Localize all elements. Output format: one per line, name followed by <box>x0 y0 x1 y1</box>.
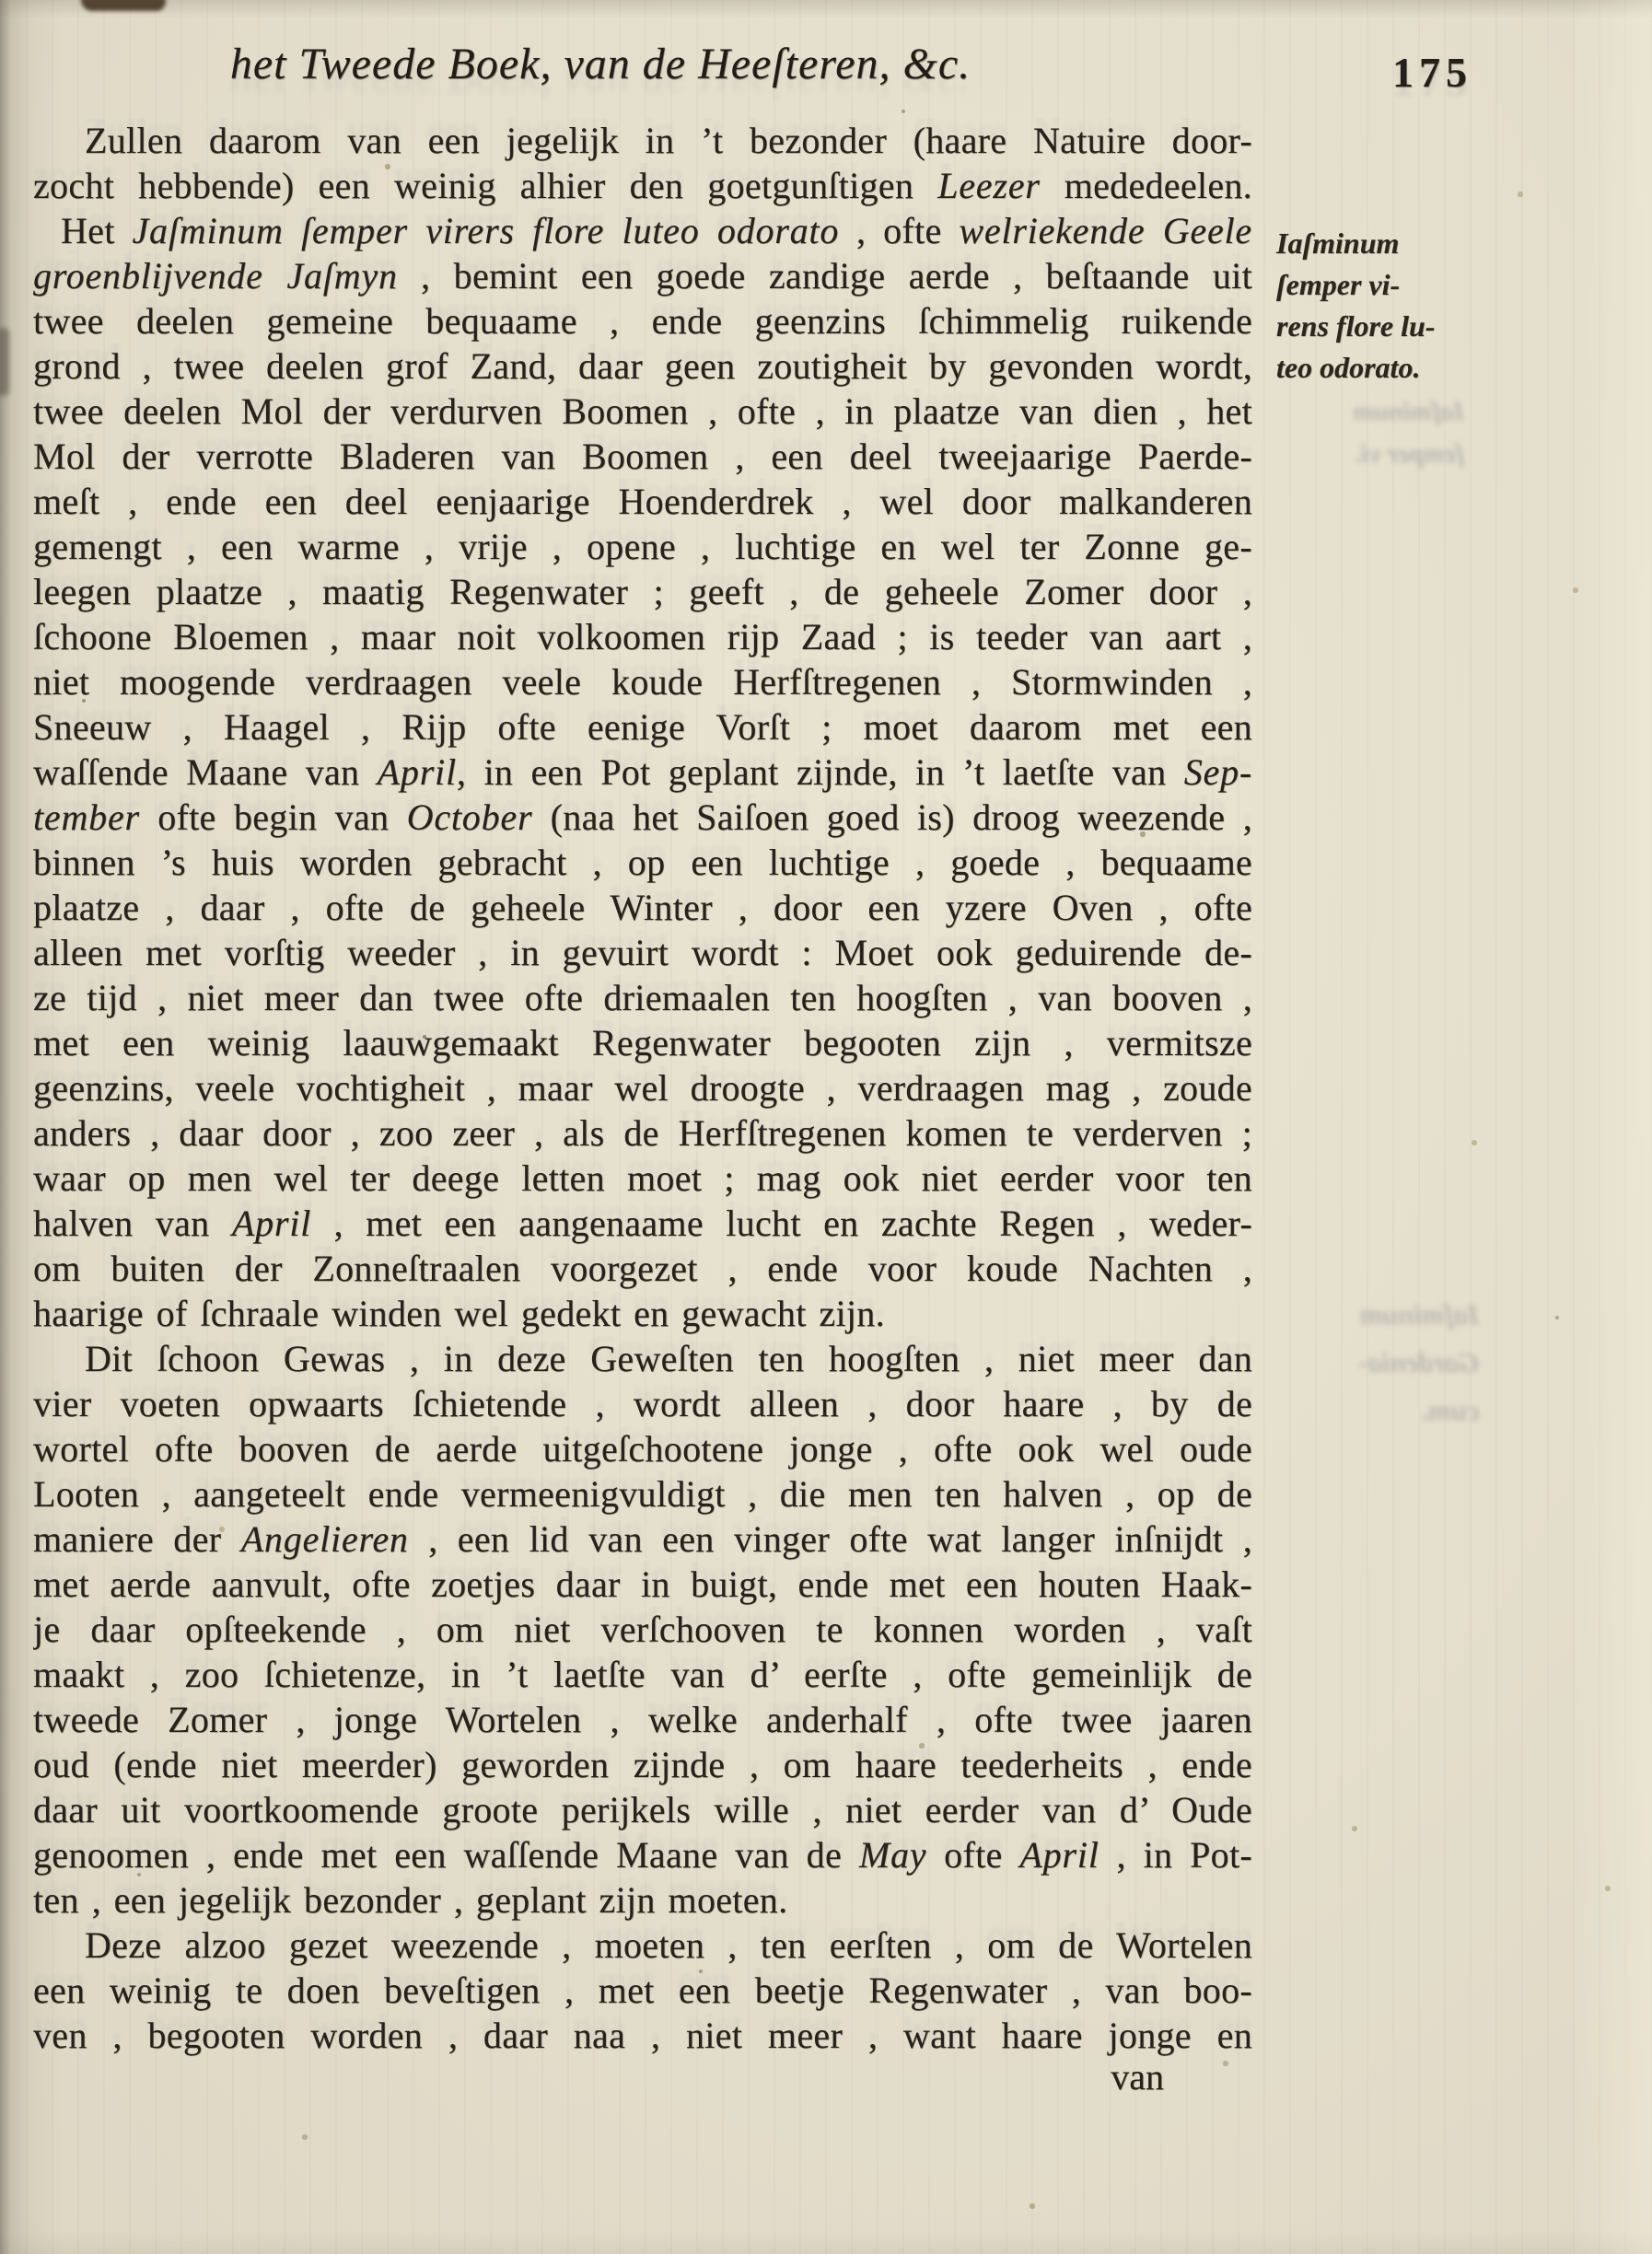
text-run: twee deelen gemeine bequaame , ende geen… <box>33 300 1252 342</box>
margin-note-line: teo odorato. <box>1276 347 1451 389</box>
text-line: niet moogende verdraagen veele koude Her… <box>33 659 1252 704</box>
text-line: geenzins, veele vochtigheit , maar wel d… <box>33 1065 1252 1110</box>
text-line: vier voeten opwaarts ſchietende , wordt … <box>33 1381 1252 1426</box>
italic-text-run: tember <box>33 796 140 838</box>
text-run: , in een Pot geplant zijnde, in ’t laetſ… <box>457 751 1184 793</box>
text-run: twee deelen Mol der verdurven Boomen , o… <box>33 390 1252 432</box>
text-run: ven , begooten worden , daar naa , niet … <box>33 2015 1252 2056</box>
paper-specks <box>0 0 2 2</box>
text-run: mededeelen. <box>1041 165 1252 206</box>
bleedthrough-note: Iaſminumſemper vi. <box>1289 390 1464 475</box>
text-line: Dit ſchoon Gewas , in deze Geweſten ten … <box>33 1336 1252 1381</box>
text-run: waſſende Maane van <box>33 751 378 793</box>
text-line: Het Jaſminum ſemper virers flore luteo o… <box>33 208 1252 253</box>
text-line: ten , een jegelijk bezonder , geplant zi… <box>33 1877 1252 1923</box>
text-run: Looten , aangeteelt ende vermeenigvuldig… <box>33 1473 1252 1515</box>
italic-text-run: April <box>1019 1834 1099 1876</box>
text-run: gemengt , een warme , vrije , opene , lu… <box>33 526 1252 567</box>
catchword: van <box>33 2055 1164 2098</box>
page-edge-mark <box>0 328 9 396</box>
bleedthrough-line: Iaſminum <box>1289 390 1464 433</box>
page-header: het Tweede Boek, van de Heeſteren, &c. <box>0 39 1210 89</box>
text-line: zocht hebbende) een weinig alhier den go… <box>33 163 1252 208</box>
text-run: Het <box>61 210 133 251</box>
text-run: meſt , ende een deel eenjaarige Hoenderd… <box>33 481 1252 522</box>
bleedthrough-line: cum. <box>1286 1387 1479 1435</box>
text-run: waar op men wel ter deege letten moet ; … <box>33 1157 1252 1199</box>
text-line: plaatze , daar , ofte de geheele Winter … <box>33 885 1252 930</box>
text-run: oud (ende niet meerder) geworden zijnde … <box>33 1744 1252 1785</box>
text-line: oud (ende niet meerder) geworden zijnde … <box>33 1742 1252 1787</box>
text-line: haarige of ſchraale winden wel gedekt en… <box>33 1291 1252 1336</box>
text-run: Sneeuw , Haagel , Rijp ofte eenige Vorſt… <box>33 706 1252 748</box>
paragraph: Zullen daarom van een jegelijk in ’t bez… <box>33 118 1252 208</box>
page-number: 175 <box>1392 48 1472 97</box>
text-line: Sneeuw , Haagel , Rijp ofte eenige Vorſt… <box>33 704 1252 749</box>
text-line: om buiten der Zonneſtraalen voorgezet , … <box>33 1246 1252 1291</box>
text-line: wortel ofte booven de aerde uitgeſchoote… <box>33 1426 1252 1471</box>
text-run: alleen met vorſtig weeder , in gevuirt w… <box>33 932 1252 973</box>
text-run: , een lid van een vinger ofte wat langer… <box>409 1518 1252 1560</box>
running-title: het Tweede Boek, van de Heeſteren, &c. <box>230 40 971 88</box>
text-run: halven van <box>33 1203 232 1244</box>
text-run: daar uit voortkoomende groote perijkels … <box>33 1789 1252 1830</box>
text-line: Looten , aangeteelt ende vermeenigvuldig… <box>33 1471 1252 1516</box>
text-run: om buiten der Zonneſtraalen voorgezet , … <box>33 1248 1252 1289</box>
text-run: wortel ofte booven de aerde uitgeſchoote… <box>33 1428 1252 1470</box>
text-line: binnen ’s huis worden gebracht , op een … <box>33 840 1252 885</box>
text-run: een weinig te doen beveſtigen , met een … <box>33 1969 1252 2011</box>
text-line: gemengt , een warme , vrije , opene , lu… <box>33 524 1252 569</box>
margin-note-line: ſemper vi- <box>1276 264 1451 306</box>
bleedthrough-line: Iaſminum <box>1286 1291 1479 1339</box>
text-run: ze tijd , niet meer dan twee ofte driema… <box>33 977 1252 1018</box>
text-run: je daar opſteekende , om niet verſchoove… <box>33 1609 1252 1650</box>
text-line: Zullen daarom van een jegelijk in ’t bez… <box>33 118 1252 163</box>
text-run: geenzins, veele vochtigheit , maar wel d… <box>33 1067 1252 1109</box>
text-run: met een weinig laauwgemaakt Regenwater b… <box>33 1022 1252 1063</box>
margin-note: Iaſminumſemper vi-rens flore lu-teo odor… <box>1276 223 1451 389</box>
text-run: (naa het Saiſoen goed is) droog weezende… <box>532 796 1252 838</box>
text-line: anders , daar door , zoo zeer , als de H… <box>33 1110 1252 1156</box>
text-line: genoomen , ende met een waſſende Maane v… <box>33 1832 1252 1877</box>
text-line: leegen plaatze , maatig Regenwater ; gee… <box>33 569 1252 614</box>
italic-text-run: Leezer <box>937 165 1040 206</box>
text-line: je daar opſteekende , om niet verſchoove… <box>33 1607 1252 1652</box>
text-run: niet moogende verdraagen veele koude Her… <box>33 661 1252 703</box>
text-run: maakt , zoo ſchietenze, in ’t laetſte va… <box>33 1654 1252 1695</box>
ink-stain <box>81 0 166 11</box>
margin-note-line: rens flore lu- <box>1276 306 1451 347</box>
text-line: twee deelen Mol der verdurven Boomen , o… <box>33 389 1252 434</box>
text-run: anders , daar door , zoo zeer , als de H… <box>33 1112 1252 1154</box>
text-run: haarige of ſchraale winden wel gedekt en… <box>33 1293 885 1334</box>
text-line: halven van April , met een aangenaame lu… <box>33 1201 1252 1246</box>
text-run: tweede Zomer , jonge Wortelen , welke an… <box>33 1699 1252 1740</box>
text-run: maniere der <box>33 1518 241 1560</box>
italic-text-run: May <box>859 1834 926 1876</box>
text-line: waſſende Maane van April, in een Pot gep… <box>33 749 1252 795</box>
text-line: twee deelen gemeine bequaame , ende geen… <box>33 298 1252 343</box>
paragraph: Deze alzoo gezet weezende , moeten , ten… <box>33 1923 1252 2058</box>
bleedthrough-line: Gardenia- <box>1286 1339 1479 1387</box>
italic-text-run: April <box>378 751 457 793</box>
paragraph: Het Jaſminum ſemper virers flore luteo o… <box>33 208 1252 1336</box>
text-run: Dit ſchoon Gewas , in deze Geweſten ten … <box>85 1338 1252 1379</box>
text-run: Mol der verrotte Bladeren van Boomen , e… <box>33 436 1252 477</box>
margin-note-line: Iaſminum <box>1276 223 1451 264</box>
text-run: ofte <box>926 1834 1019 1876</box>
text-line: grond , twee deelen grof Zand, daar geen… <box>33 343 1252 389</box>
text-run: Zullen daarom van een jegelijk in ’t bez… <box>85 120 1252 161</box>
text-line: daar uit voortkoomende groote perijkels … <box>33 1787 1252 1832</box>
text-run: grond , twee deelen grof Zand, daar geen… <box>33 345 1252 387</box>
text-line: groenblijvende Jaſmyn , bemint een goede… <box>33 253 1252 298</box>
text-run: leegen plaatze , maatig Regenwater ; gee… <box>33 571 1252 612</box>
text-line: Deze alzoo gezet weezende , moeten , ten… <box>33 1923 1252 1968</box>
text-line: Mol der verrotte Bladeren van Boomen , e… <box>33 434 1252 479</box>
text-run: , bemint een goede zandige aerde , beſta… <box>398 255 1252 296</box>
text-line: alleen met vorſtig weeder , in gevuirt w… <box>33 930 1252 975</box>
text-run: , in Pot- <box>1099 1834 1252 1876</box>
text-line: een weinig te doen beveſtigen , met een … <box>33 1968 1252 2013</box>
text-run: , met een aangenaame lucht en zachte Reg… <box>311 1203 1252 1244</box>
body-text: Zullen daarom van een jegelijk in ’t bez… <box>33 118 1252 2058</box>
text-run: , ofte <box>839 210 959 251</box>
bleedthrough-line: ſemper vi. <box>1289 433 1464 475</box>
text-run: zocht hebbende) een weinig alhier den go… <box>33 165 937 206</box>
text-line: met een weinig laauwgemaakt Regenwater b… <box>33 1020 1252 1065</box>
text-run: Deze alzoo gezet weezende , moeten , ten… <box>85 1924 1252 1966</box>
italic-text-run: Angelieren <box>241 1518 409 1560</box>
text-line: meſt , ende een deel eenjaarige Hoenderd… <box>33 479 1252 524</box>
text-line: waar op men wel ter deege letten moet ; … <box>33 1156 1252 1201</box>
text-line: maniere der Angelieren , een lid van een… <box>33 1516 1252 1562</box>
italic-text-run: April <box>232 1203 311 1244</box>
italic-text-run: Jaſminum ſemper virers flore luteo odora… <box>133 210 840 251</box>
text-run: ofte begin van <box>140 796 407 838</box>
book-page: het Tweede Boek, van de Heeſteren, &c. 1… <box>0 0 1652 2254</box>
text-run: met aerde aanvult, ofte zoetjes daar in … <box>33 1563 1252 1605</box>
italic-text-run: Sep- <box>1184 751 1252 793</box>
text-line: maakt , zoo ſchietenze, in ’t laetſte va… <box>33 1652 1252 1697</box>
italic-text-run: groenblijvende Jaſmyn <box>33 255 398 296</box>
text-line: ze tijd , niet meer dan twee ofte driema… <box>33 975 1252 1020</box>
text-run: ten , een jegelijk bezonder , geplant zi… <box>33 1879 787 1921</box>
text-run: binnen ’s huis worden gebracht , op een … <box>33 842 1252 883</box>
text-run: genoomen , ende met een waſſende Maane v… <box>33 1834 859 1876</box>
italic-text-run: October <box>407 796 533 838</box>
paragraph: Dit ſchoon Gewas , in deze Geweſten ten … <box>33 1336 1252 1923</box>
text-line: met aerde aanvult, ofte zoetjes daar in … <box>33 1562 1252 1607</box>
text-run: vier voeten opwaarts ſchietende , wordt … <box>33 1383 1252 1424</box>
text-line: tweede Zomer , jonge Wortelen , welke an… <box>33 1697 1252 1742</box>
text-line: ſchoone Bloemen , maar noit volkoomen ri… <box>33 614 1252 659</box>
text-line: ven , begooten worden , daar naa , niet … <box>33 2013 1252 2058</box>
text-run: ſchoone Bloemen , maar noit volkoomen ri… <box>33 616 1252 657</box>
text-line: tember ofte begin van October (naa het S… <box>33 795 1252 840</box>
bleedthrough-note: IaſminumGardenia-cum. <box>1286 1291 1479 1435</box>
text-run: plaatze , daar , ofte de geheele Winter … <box>33 887 1252 928</box>
